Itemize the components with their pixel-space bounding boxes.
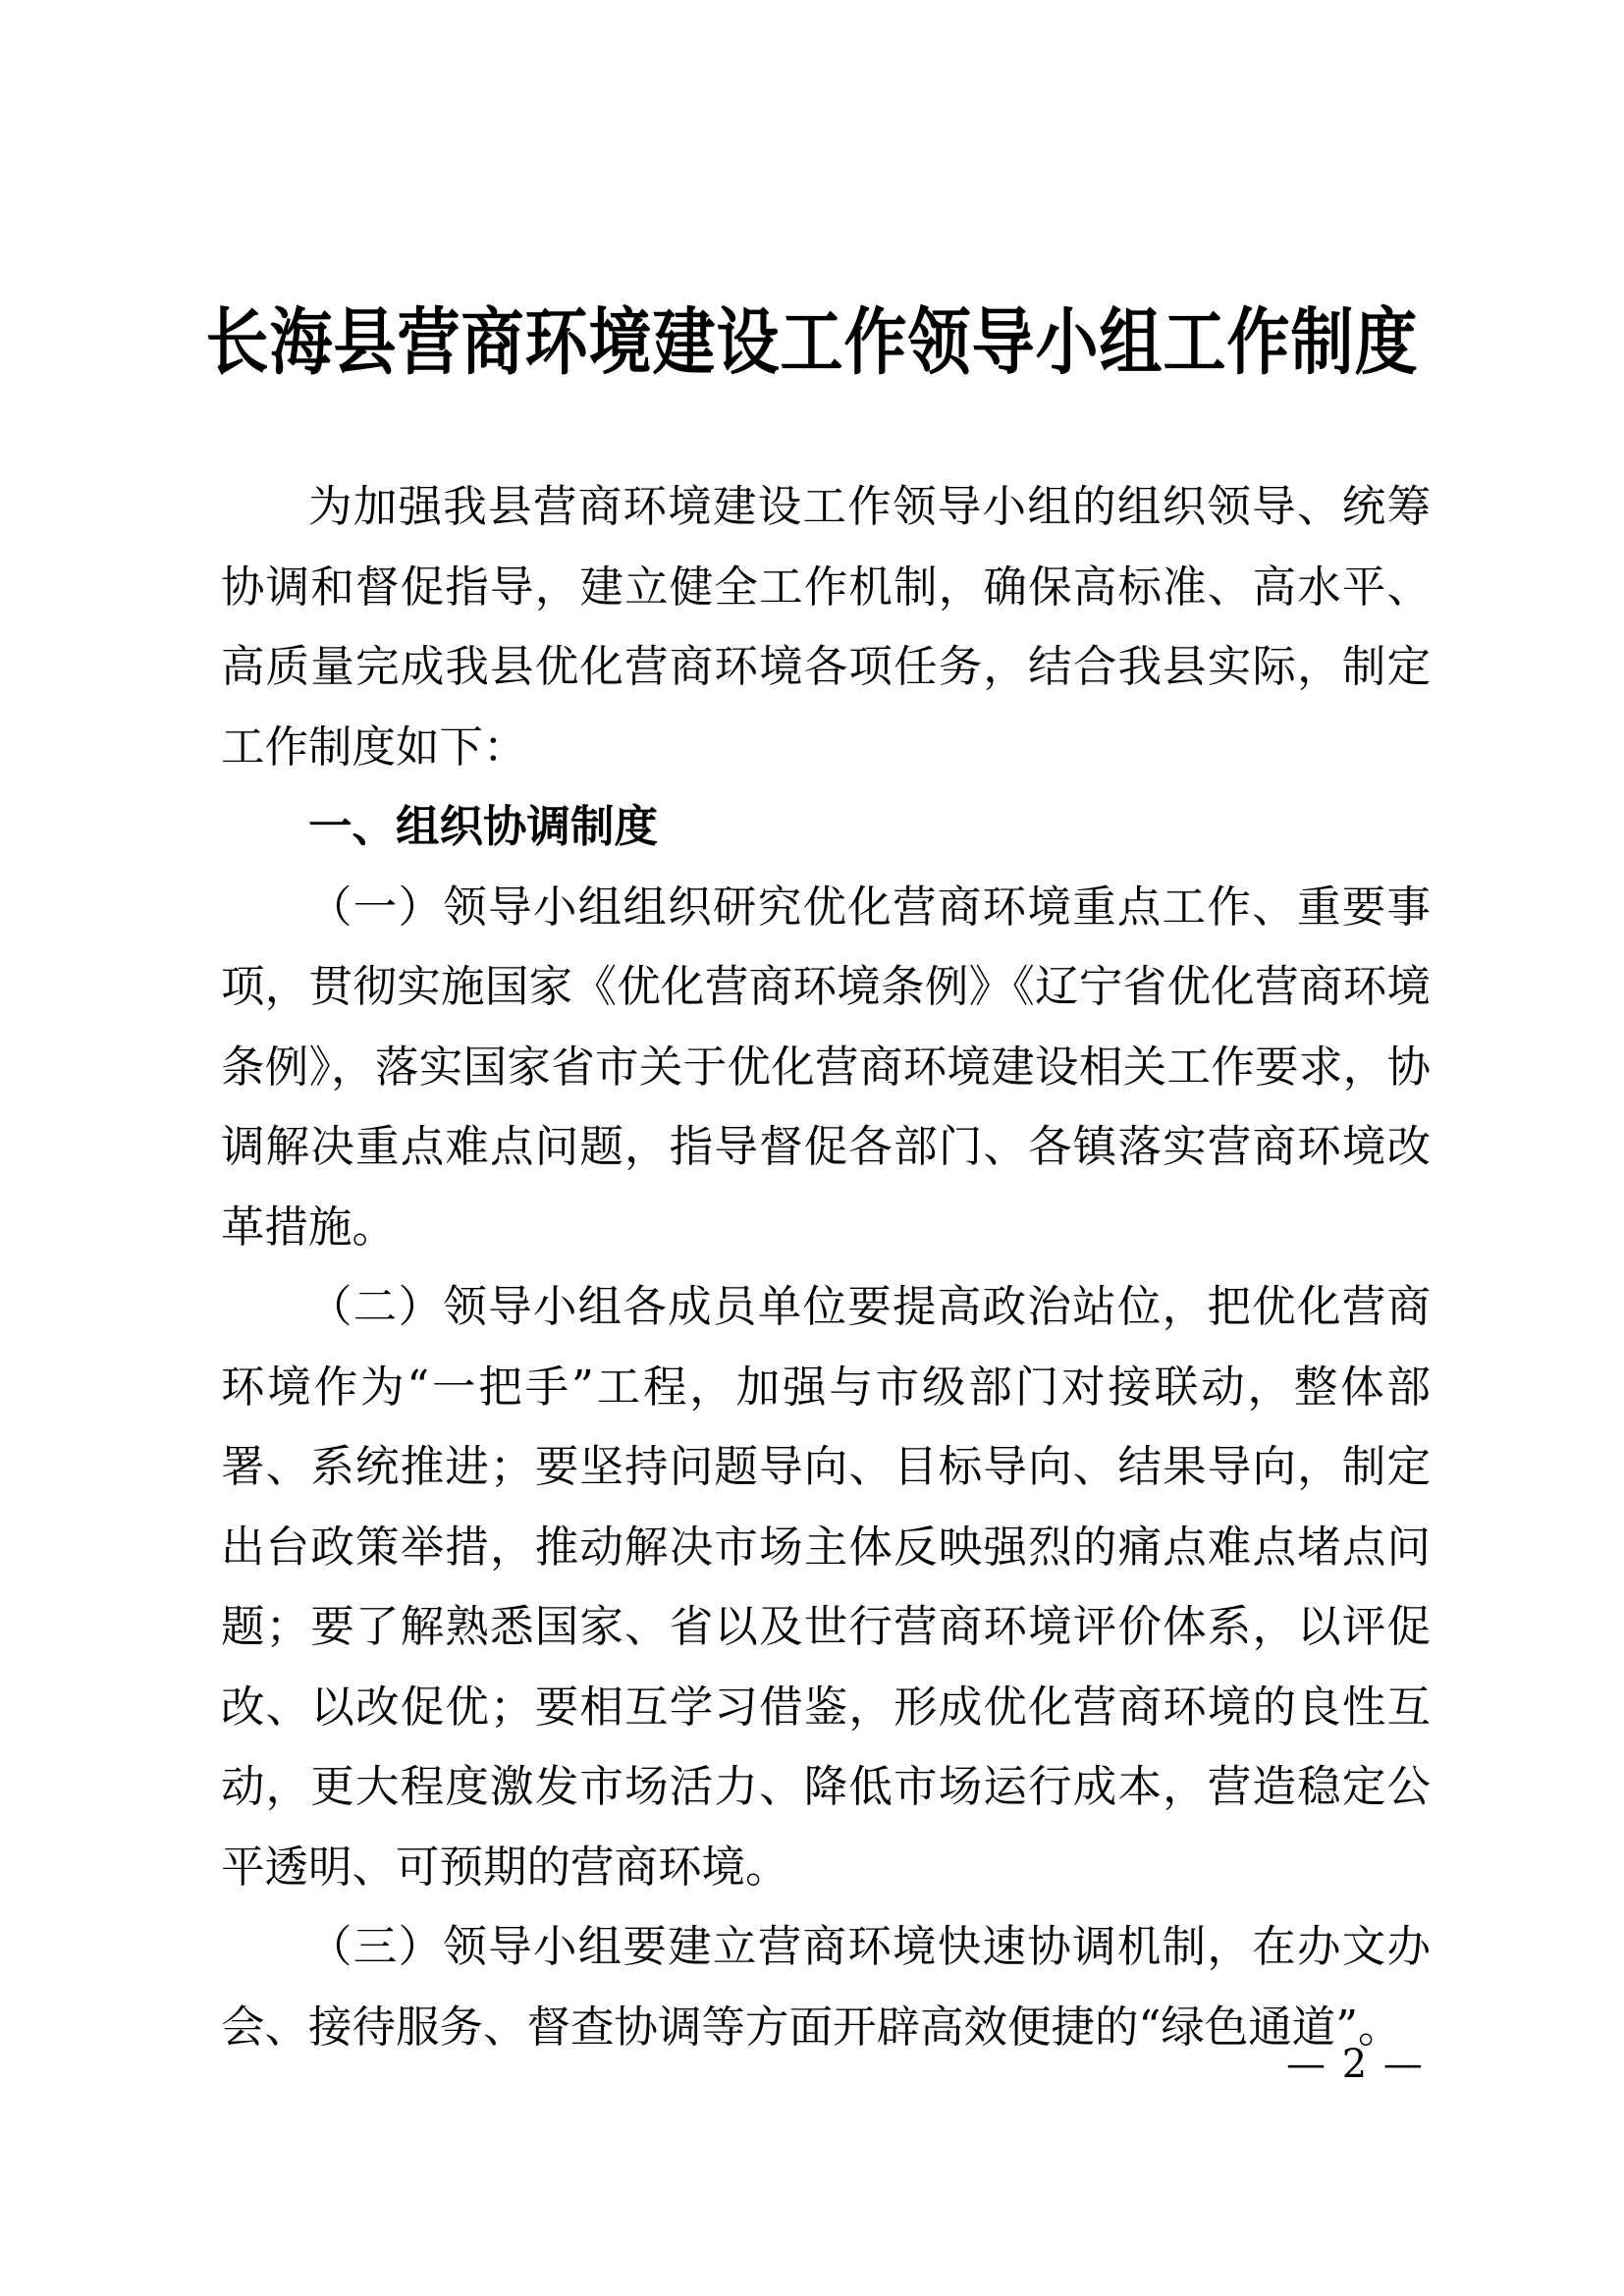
document-body: 为加强我县营商环境建设工作领导小组的组织领导、统筹协调和督促指导，建立健全工作机… bbox=[221, 467, 1431, 2067]
document-title: 长海县营商环境建设工作领导小组工作制度 bbox=[0, 285, 1624, 389]
intro-paragraph: 为加强我县营商环境建设工作领导小组的组织领导、统筹协调和督促指导，建立健全工作机… bbox=[221, 467, 1431, 787]
clause-paragraph-3: （三）领导小组要建立营商环境快速协调机制，在办文办会、接待服务、督查协调等方面开… bbox=[221, 1907, 1431, 2067]
page-number: — 2 — bbox=[1286, 2042, 1425, 2087]
clause-paragraph-1: （一）领导小组组织研究优化营商环境重点工作、重要事项，贯彻实施国家《优化营商环境… bbox=[221, 868, 1431, 1268]
clause-paragraph-2: （二）领导小组各成员单位要提高政治站位，把优化营商环境作为“一把手”工程，加强与… bbox=[221, 1267, 1431, 1907]
document-page: 长海县营商环境建设工作领导小组工作制度 为加强我县营商环境建设工作领导小组的组织… bbox=[0, 0, 1624, 2296]
section-heading: 一、组织协调制度 bbox=[221, 787, 1431, 868]
